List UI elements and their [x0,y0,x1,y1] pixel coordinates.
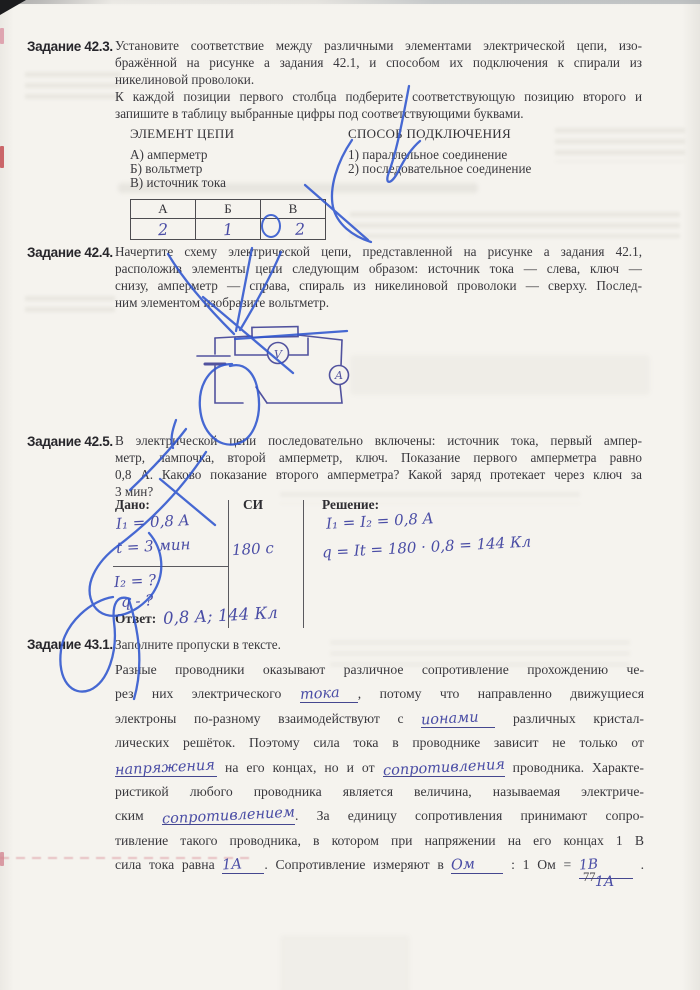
loop-scribble [60,597,130,692]
stroke-across-resistor [235,331,347,339]
stroke-over-task [240,252,281,330]
workbook-page: Задание 42.3. Установите соответствие ме… [0,0,700,990]
stroke-over-task [236,248,252,331]
check-stroke [305,185,368,240]
teacher-pen-marks [0,0,700,990]
circle-mark-on-answer [262,215,280,237]
check-stroke [387,86,420,182]
stroke-over-task [130,429,186,490]
stroke-over-task [168,254,234,334]
loop-scribble [90,452,206,616]
oval-scribble [200,364,259,445]
loop-tail [129,600,139,699]
